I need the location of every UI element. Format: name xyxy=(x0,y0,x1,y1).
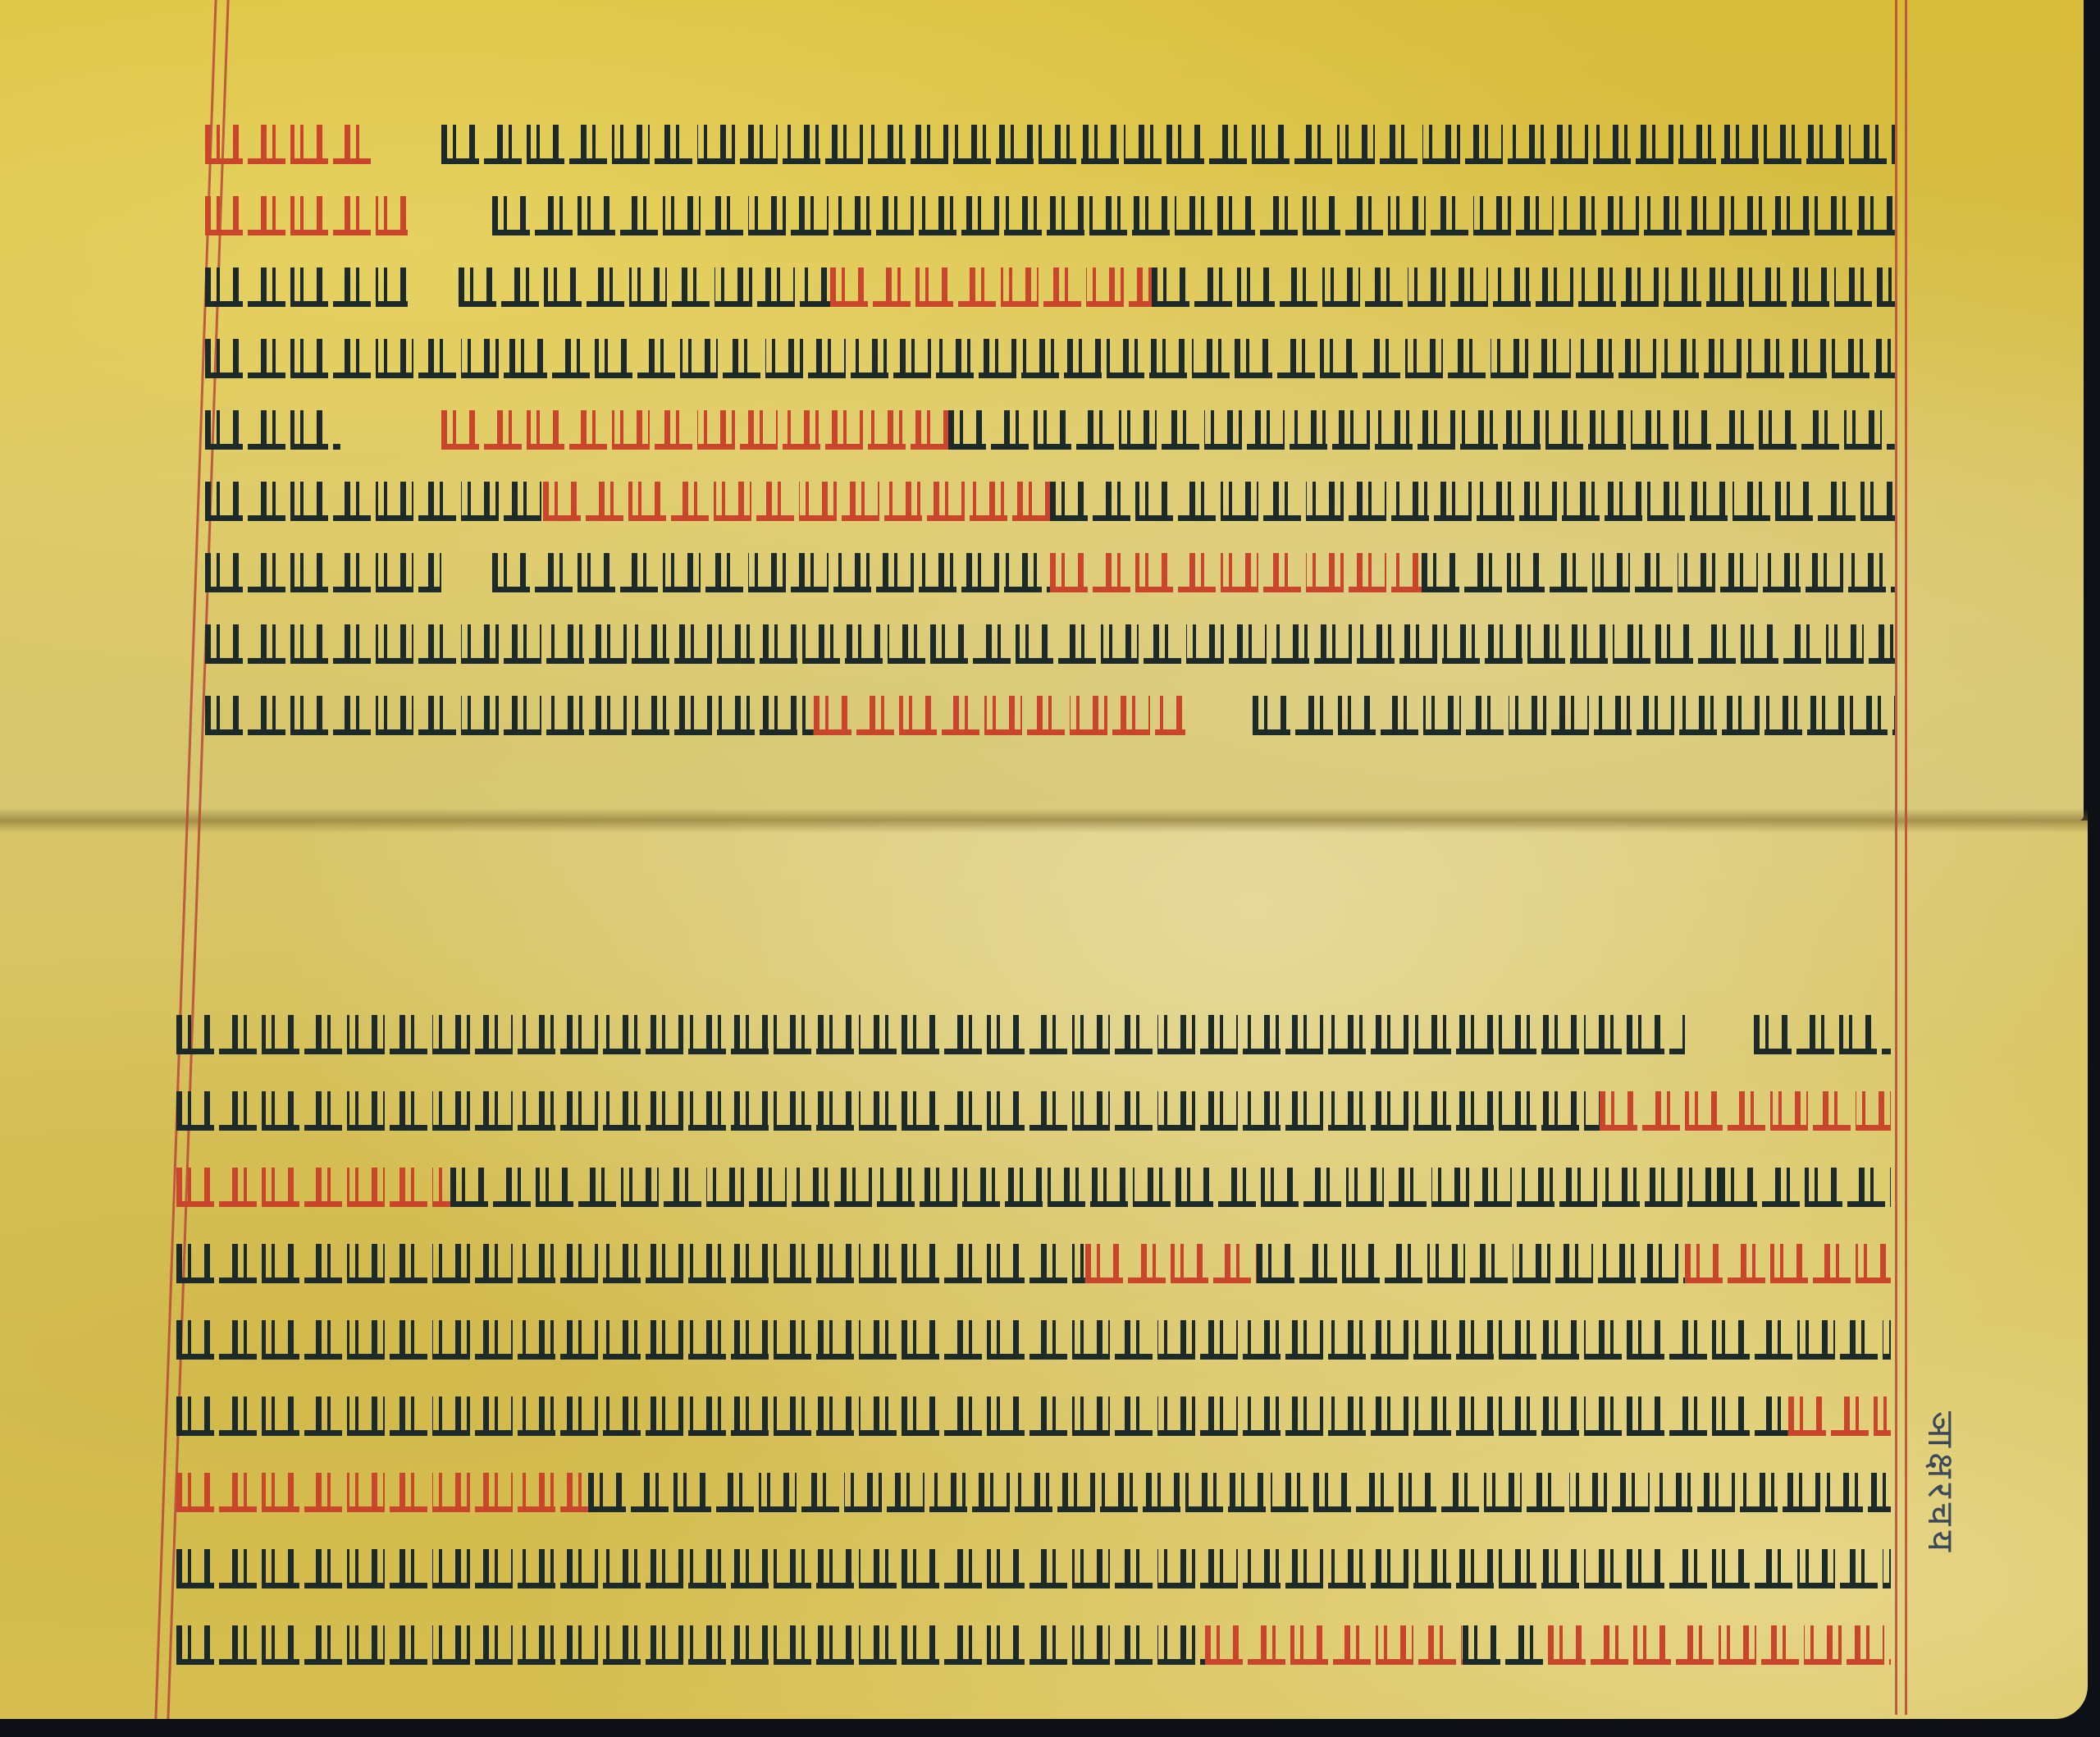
rubric-segment xyxy=(1205,1625,1463,1665)
rubric-segment xyxy=(1548,1625,1891,1665)
text-segment xyxy=(948,410,1895,450)
text-segment xyxy=(205,696,814,735)
word-gap xyxy=(1685,1015,1754,1054)
text-line xyxy=(205,615,1895,664)
text-line xyxy=(176,1616,1891,1665)
text-segment xyxy=(588,1473,1891,1512)
text-line xyxy=(176,1463,1891,1512)
text-line xyxy=(205,543,1895,592)
rubric-segment xyxy=(1685,1244,1891,1283)
text-segment xyxy=(509,339,1895,378)
margin-annotation: ञाक्षरचय xyxy=(1915,1411,1965,1657)
text-segment xyxy=(176,1015,1685,1054)
text-line xyxy=(176,1387,1891,1436)
text-segment xyxy=(176,1549,1891,1588)
text-line xyxy=(176,1310,1891,1360)
text-segment xyxy=(205,624,1895,664)
text-segment xyxy=(205,267,408,307)
text-segment xyxy=(1463,1625,1549,1665)
text-segment xyxy=(176,1625,1205,1665)
text-segment xyxy=(205,482,543,521)
text-line xyxy=(205,258,1895,307)
text-line xyxy=(176,1158,1891,1207)
text-segment xyxy=(459,267,830,307)
rubric-segment xyxy=(1085,1244,1257,1283)
text-line xyxy=(205,400,1895,450)
word-gap xyxy=(441,553,492,592)
text-segment xyxy=(1754,1015,1891,1054)
rubric-segment xyxy=(830,267,1151,307)
text-segment xyxy=(176,1091,1600,1131)
fold-crease xyxy=(0,808,2088,833)
rubric-segment xyxy=(176,1168,450,1207)
text-segment xyxy=(1050,482,1895,521)
text-line xyxy=(205,686,1895,735)
text-segment xyxy=(492,196,1895,235)
text-segment xyxy=(1253,696,1895,735)
text-segment xyxy=(450,1168,1719,1207)
rubric-segment xyxy=(543,482,1050,521)
text-line xyxy=(176,1234,1891,1283)
text-segment xyxy=(205,339,509,378)
rubric-segment xyxy=(205,196,408,235)
text-segment xyxy=(492,553,1050,592)
rubric-segment xyxy=(176,1473,588,1512)
text-line xyxy=(205,115,1895,164)
text-line xyxy=(176,1081,1891,1131)
rubric-segment xyxy=(1600,1091,1891,1131)
text-segment xyxy=(1422,553,1895,592)
word-gap xyxy=(408,196,492,235)
text-segment xyxy=(205,410,340,450)
rubric-segment xyxy=(441,410,948,450)
text-line xyxy=(205,329,1895,378)
text-segment xyxy=(1257,1244,1686,1283)
text-segment xyxy=(1152,267,1895,307)
word-gap xyxy=(374,125,441,164)
text-segment xyxy=(1719,1168,1891,1207)
text-line xyxy=(205,186,1895,235)
word-gap xyxy=(340,410,442,450)
text-segment xyxy=(176,1244,1085,1283)
text-segment xyxy=(176,1396,1788,1436)
text-segment xyxy=(205,553,441,592)
text-segment xyxy=(441,125,1895,164)
word-gap xyxy=(1185,696,1253,735)
text-segment xyxy=(176,1320,1891,1360)
rubric-segment xyxy=(814,696,1185,735)
right-margin-rule-inner xyxy=(1905,0,1907,1715)
text-line xyxy=(176,1005,1891,1054)
rubric-segment xyxy=(1788,1396,1891,1436)
rubric-segment xyxy=(1050,553,1422,592)
right-margin-rule-outer xyxy=(1895,0,1897,1715)
margin-annotation-text: ञाक्षरचय xyxy=(1915,1411,1965,1556)
text-line xyxy=(205,472,1895,521)
word-gap xyxy=(408,267,459,307)
rubric-segment xyxy=(205,125,374,164)
text-line xyxy=(176,1539,1891,1588)
